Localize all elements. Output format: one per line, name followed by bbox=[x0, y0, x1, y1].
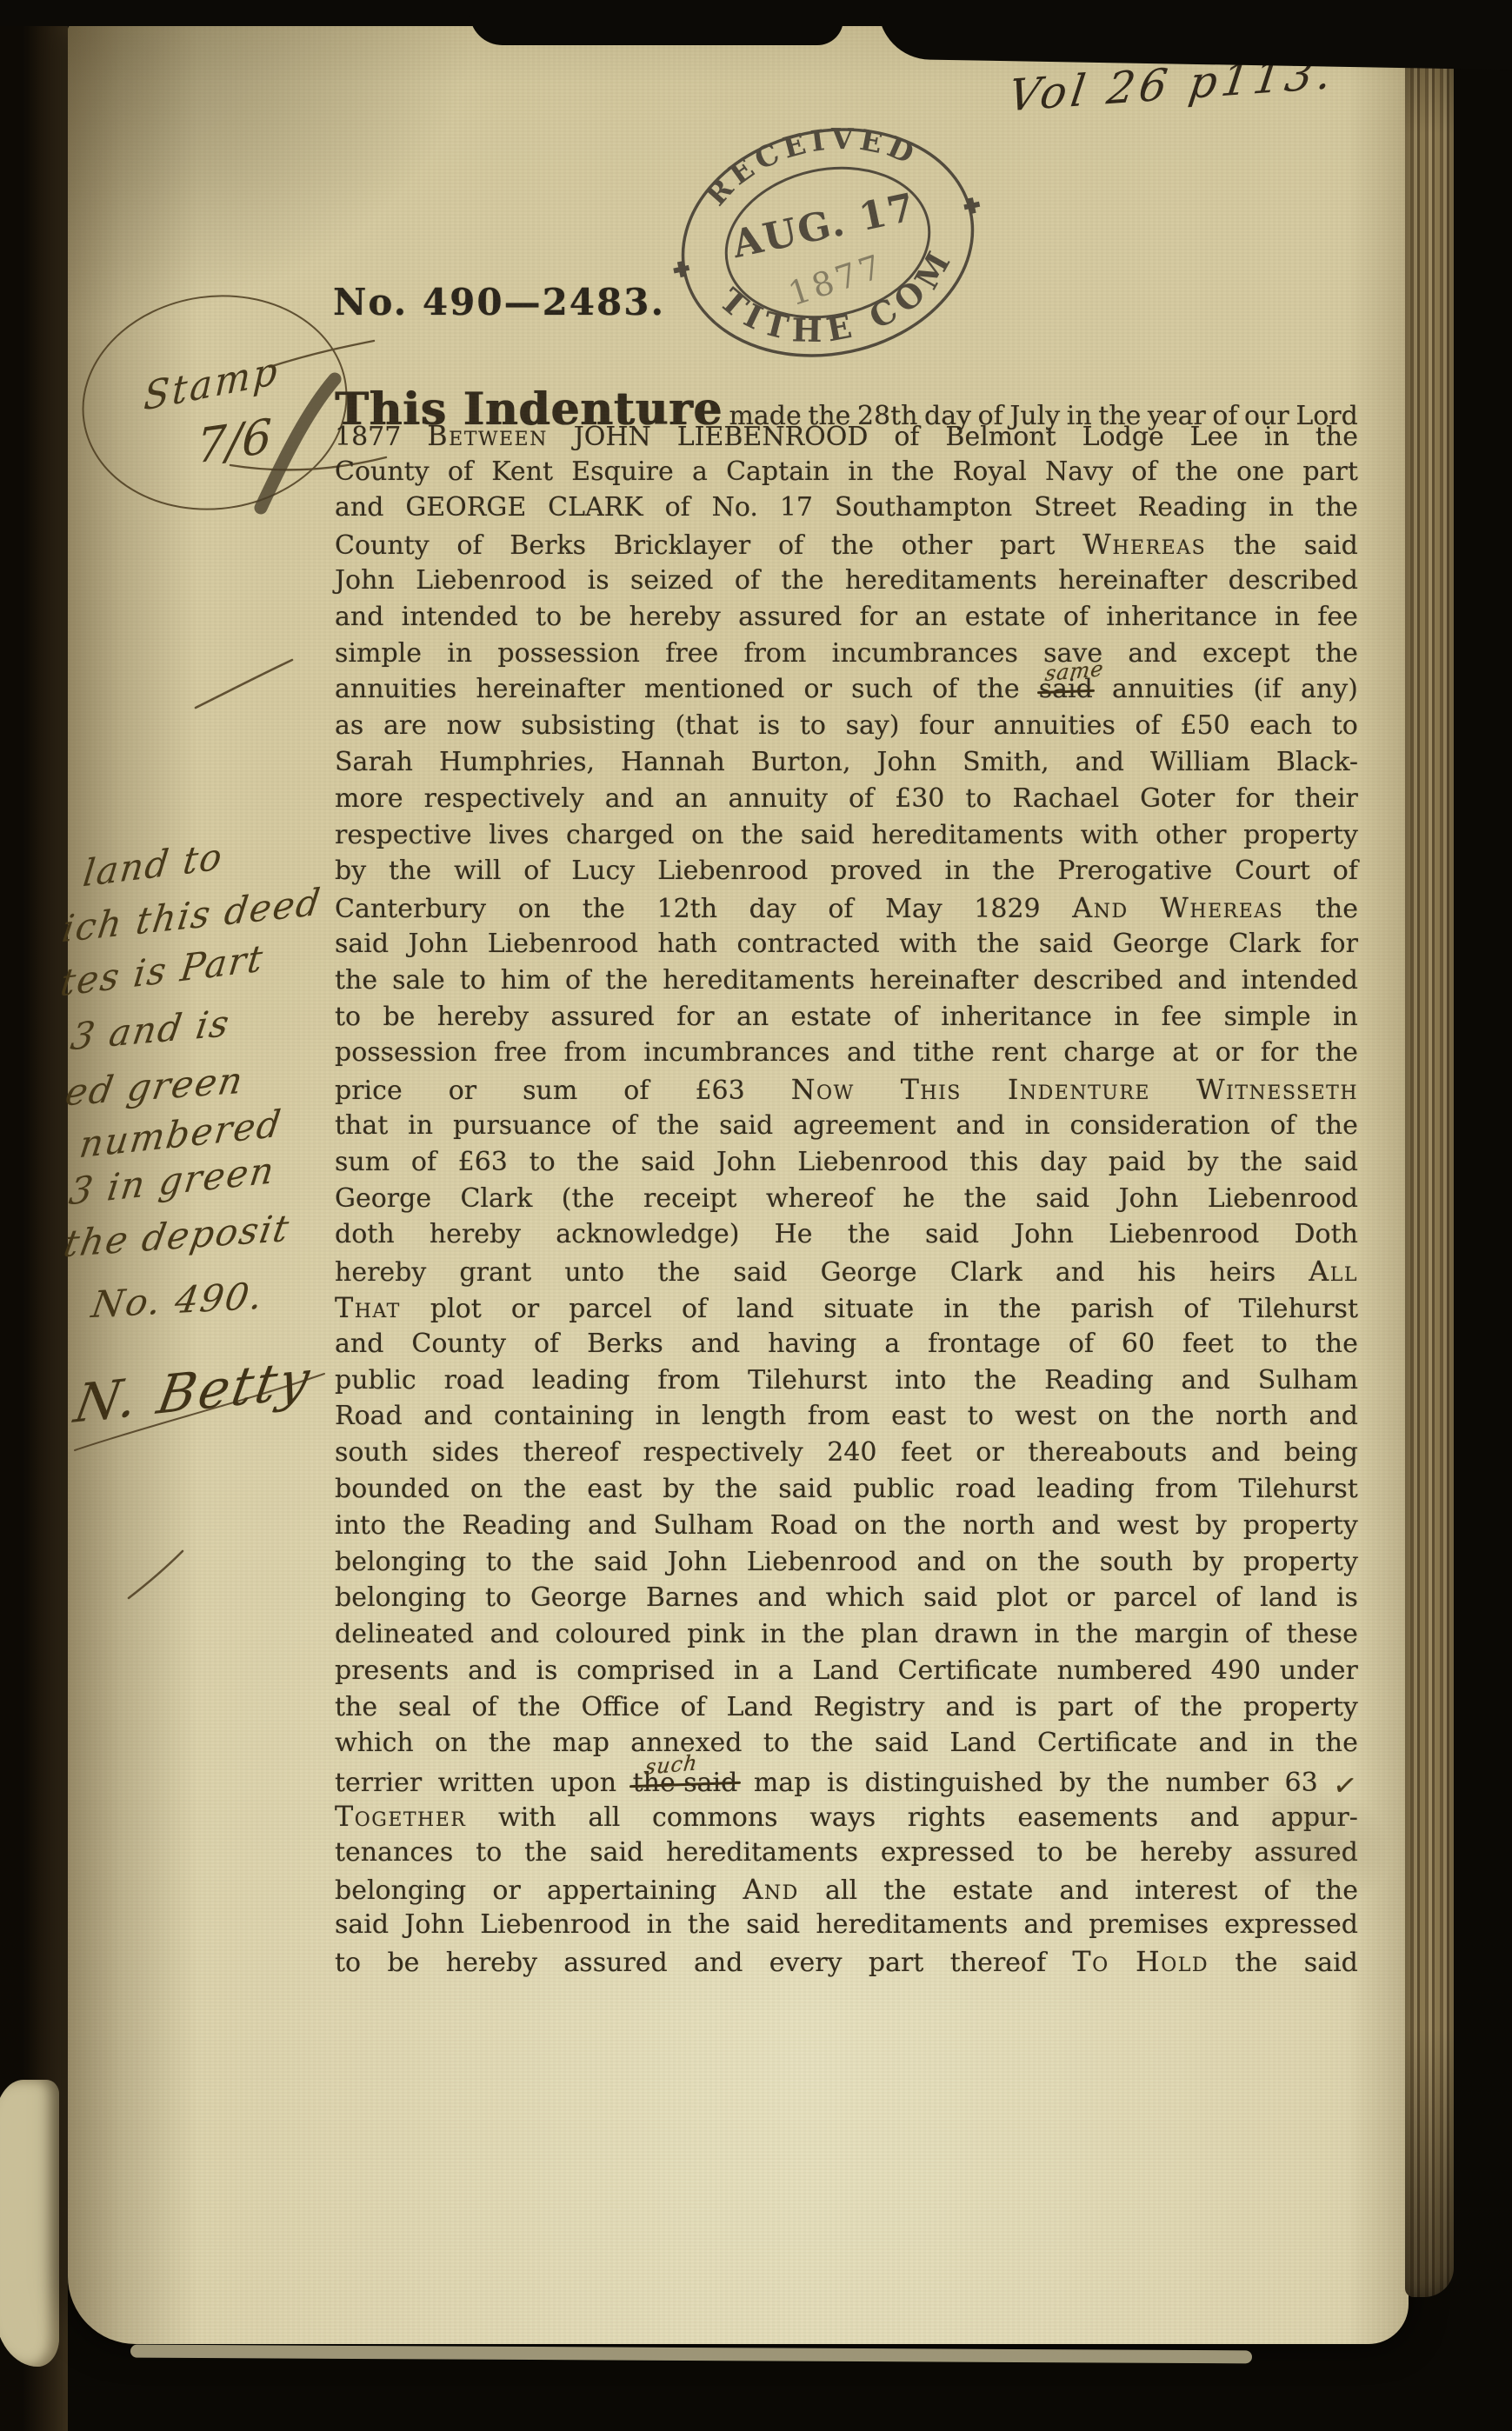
word: is bbox=[536, 1655, 557, 1686]
word: County bbox=[411, 1329, 506, 1359]
word: and bbox=[694, 1948, 743, 1978]
word: the bbox=[605, 965, 648, 996]
word: Road bbox=[770, 1510, 838, 1541]
word: plan bbox=[861, 1619, 918, 1649]
word: every bbox=[769, 1948, 843, 1978]
text-line: bythewillofLucyLiebenroodprovedinthePrer… bbox=[335, 856, 1358, 892]
text-line: CountyofBerksBricklayeroftheotherpartWhe… bbox=[335, 529, 1358, 565]
word: land bbox=[1260, 1582, 1317, 1613]
word: of bbox=[1063, 602, 1089, 632]
word: of bbox=[828, 894, 853, 924]
word: is bbox=[588, 565, 609, 596]
word: Between bbox=[427, 420, 548, 452]
stamp-annotation-amount: 7/6 bbox=[196, 408, 272, 474]
text-line: tobeherebyassuredandeverypartthereofToHo… bbox=[335, 1946, 1358, 1982]
word: said bbox=[733, 1257, 787, 1288]
word: the bbox=[688, 1909, 730, 1940]
word: interest bbox=[1135, 1875, 1237, 1906]
word: Street bbox=[1034, 492, 1116, 523]
word: hath bbox=[657, 929, 717, 959]
word: of bbox=[932, 674, 957, 704]
word: an bbox=[675, 783, 707, 814]
word: the bbox=[1234, 530, 1276, 561]
word: the bbox=[831, 530, 874, 561]
word: margin bbox=[1135, 1619, 1229, 1649]
word: the bbox=[1037, 1547, 1080, 1577]
word: 1829 bbox=[974, 894, 1040, 924]
word: the bbox=[976, 929, 1019, 959]
word: these bbox=[1287, 1619, 1358, 1649]
text-line: dothherebyacknowledge)HethesaidJohnLiebe… bbox=[335, 1219, 1358, 1255]
word: the bbox=[781, 565, 823, 596]
text-line: intotheReadingandSulhamRoadonthenorthand… bbox=[335, 1510, 1358, 1547]
word: George bbox=[821, 1257, 917, 1288]
word: from bbox=[564, 1037, 627, 1068]
word: of bbox=[623, 1076, 649, 1106]
word: with bbox=[1081, 820, 1139, 850]
word: or bbox=[492, 1875, 520, 1906]
word: assured bbox=[738, 602, 842, 632]
word: south bbox=[1100, 1547, 1173, 1577]
word: Sulham bbox=[1258, 1365, 1358, 1395]
word: 12th bbox=[657, 894, 718, 924]
word: Goter bbox=[1140, 783, 1215, 814]
text-line: thesaletohimofthehereditamentshereinafte… bbox=[335, 965, 1358, 1002]
word: Road bbox=[335, 1401, 403, 1431]
text-line: morerespectivelyandanannuityof£30toRacha… bbox=[335, 783, 1358, 820]
word: which bbox=[335, 1728, 414, 1758]
word: and bbox=[490, 1619, 539, 1649]
word: Registry bbox=[814, 1692, 925, 1722]
word: the bbox=[1316, 492, 1358, 523]
word: of bbox=[894, 422, 919, 452]
word: free bbox=[494, 1037, 547, 1068]
word: and bbox=[588, 1510, 636, 1541]
word: Reading bbox=[462, 1510, 571, 1541]
word: is bbox=[1336, 1582, 1358, 1613]
word: easements bbox=[1017, 1802, 1158, 1833]
word: rent bbox=[991, 1037, 1046, 1068]
word: part bbox=[869, 1948, 924, 1978]
word: hereditaments bbox=[845, 565, 1037, 596]
word: to bbox=[335, 1948, 361, 1978]
word: as bbox=[335, 710, 363, 741]
word: parcel bbox=[1114, 1582, 1197, 1613]
text-line: possessionfreefromincumbrancesandtithere… bbox=[335, 1037, 1358, 1074]
word: having bbox=[768, 1329, 856, 1359]
word: now bbox=[447, 710, 502, 741]
word: of bbox=[735, 565, 760, 596]
word: of bbox=[894, 1002, 919, 1032]
word: JOHN bbox=[574, 422, 651, 452]
word: respectively bbox=[643, 1437, 803, 1468]
word: hereinafter bbox=[869, 965, 1018, 996]
stamp-year: 1877 bbox=[783, 247, 889, 314]
word: all bbox=[825, 1875, 857, 1906]
word: To bbox=[1072, 1946, 1109, 1978]
word: the bbox=[992, 856, 1035, 886]
word: the bbox=[1107, 1768, 1149, 1798]
word: land bbox=[736, 1294, 794, 1324]
word: said bbox=[925, 1219, 979, 1249]
word: road bbox=[956, 1474, 1016, 1504]
svg-text:RECEIVED: RECEIVED bbox=[690, 102, 929, 216]
word: Liebenrood bbox=[488, 929, 638, 959]
text-line: Thatplotorparceloflandsituateintheparish… bbox=[335, 1292, 1358, 1329]
word: the bbox=[1151, 1401, 1194, 1431]
text-line: presentsandiscomprisedinaLandCertificate… bbox=[335, 1655, 1358, 1692]
word: Land bbox=[726, 1692, 792, 1722]
word: sides bbox=[432, 1437, 499, 1468]
word: and bbox=[1128, 638, 1176, 669]
word: with bbox=[498, 1802, 556, 1833]
text-line: asarenowsubsisting(thatistosay)fourannui… bbox=[335, 710, 1358, 747]
word: in bbox=[1269, 492, 1294, 523]
word: (the bbox=[562, 1183, 615, 1214]
word: £50 bbox=[1180, 710, 1229, 741]
stamp-text-top: RECEIVED bbox=[690, 102, 929, 216]
word: hereinafter bbox=[1058, 565, 1207, 596]
word: Lee bbox=[1190, 422, 1238, 452]
word: to bbox=[1262, 1329, 1288, 1359]
word: the bbox=[1076, 1619, 1118, 1649]
word: said bbox=[335, 1909, 389, 1940]
word: of bbox=[1333, 856, 1358, 886]
word: said bbox=[335, 929, 389, 959]
word: Court bbox=[1235, 856, 1310, 886]
word: LIEBENROOD bbox=[677, 422, 869, 452]
word: mentioned bbox=[644, 674, 785, 704]
word: Liebenrood bbox=[747, 1547, 897, 1577]
word: will bbox=[454, 856, 501, 886]
word: the bbox=[1316, 638, 1358, 669]
word: Certificate bbox=[898, 1655, 1038, 1686]
word: for bbox=[1261, 1037, 1299, 1068]
text-line: andGEORGECLARKofNo.17SouthamptonStreetRe… bbox=[335, 492, 1358, 529]
word: fee bbox=[1317, 602, 1358, 632]
word: said bbox=[719, 1110, 773, 1141]
word: is bbox=[758, 710, 780, 741]
word: to bbox=[968, 1401, 994, 1431]
word: leading bbox=[1036, 1474, 1135, 1504]
word: by bbox=[663, 1474, 694, 1504]
word: delineated bbox=[335, 1619, 474, 1649]
word: Liebenrood bbox=[1109, 1219, 1259, 1249]
word: said bbox=[1036, 1183, 1089, 1214]
word: the bbox=[335, 1692, 377, 1722]
word: into bbox=[335, 1510, 386, 1541]
word: And bbox=[743, 1874, 798, 1906]
word: charge bbox=[1063, 1037, 1155, 1068]
word: to bbox=[763, 1728, 789, 1758]
word: £30 bbox=[895, 783, 944, 814]
word: part bbox=[1058, 1692, 1114, 1722]
word: said bbox=[641, 1147, 695, 1177]
ink-blot bbox=[261, 379, 335, 508]
word: hereinafter bbox=[476, 674, 624, 704]
word: the bbox=[524, 1837, 567, 1868]
word: all bbox=[588, 1802, 620, 1833]
text-line: saidJohnLiebenroodinthesaidhereditaments… bbox=[335, 1909, 1358, 1946]
text-line: boundedontheeastbythesaidpublicroadleadi… bbox=[335, 1474, 1358, 1510]
background-top-middle bbox=[470, 0, 843, 45]
word: (if bbox=[1253, 674, 1281, 704]
text-line: publicroadleadingfromTilehurstintotheRea… bbox=[335, 1365, 1358, 1402]
word: in bbox=[1333, 1002, 1358, 1032]
margin-signature: N. Betty bbox=[70, 1349, 316, 1435]
word: of bbox=[611, 1110, 636, 1141]
word: a bbox=[778, 1655, 794, 1686]
word: into bbox=[895, 1365, 946, 1395]
word: Whereas bbox=[1082, 529, 1206, 561]
word: in bbox=[408, 1110, 433, 1141]
word: lives bbox=[489, 820, 549, 850]
word: for bbox=[1236, 783, 1274, 814]
word: to bbox=[460, 965, 486, 996]
word: plot bbox=[996, 1582, 1048, 1613]
word: part bbox=[1000, 530, 1056, 561]
word: the bbox=[1316, 1110, 1358, 1141]
word: of bbox=[1069, 1329, 1094, 1359]
word: the bbox=[1235, 1948, 1277, 1978]
word: unto bbox=[564, 1257, 624, 1288]
word: to bbox=[536, 602, 562, 632]
word: Certificate bbox=[1037, 1728, 1177, 1758]
word: Reading bbox=[1044, 1365, 1154, 1395]
word: Hold bbox=[1136, 1946, 1209, 1978]
word: annuities bbox=[335, 674, 456, 704]
word: John bbox=[335, 565, 395, 596]
word: Berks bbox=[510, 530, 586, 561]
margin-tick-1 bbox=[196, 660, 292, 708]
word: seized bbox=[630, 565, 714, 596]
word: part bbox=[1302, 456, 1358, 487]
word: in bbox=[1114, 1002, 1139, 1032]
word: on bbox=[985, 1547, 1017, 1577]
word: 240 bbox=[827, 1437, 876, 1468]
word: assured bbox=[563, 1948, 667, 1978]
word: and bbox=[1076, 747, 1124, 777]
word: hereby bbox=[1140, 1837, 1231, 1868]
word: west bbox=[1015, 1401, 1076, 1431]
word: the bbox=[891, 456, 934, 487]
word: such bbox=[851, 674, 913, 704]
word: be bbox=[579, 602, 611, 632]
word: the bbox=[715, 1474, 757, 1504]
word: acknowledge) bbox=[556, 1219, 739, 1249]
word: 1877 bbox=[335, 422, 401, 452]
word: doth bbox=[335, 1219, 395, 1249]
word: simple bbox=[1224, 1002, 1311, 1032]
stamp-inner-ring bbox=[712, 150, 943, 335]
word: of bbox=[1136, 710, 1161, 741]
word: charged bbox=[566, 820, 675, 850]
word: numbered bbox=[1057, 1655, 1192, 1686]
underlying-page-curl bbox=[0, 2080, 59, 2367]
word: each bbox=[1249, 710, 1312, 741]
word: hereditaments bbox=[816, 1909, 1008, 1940]
word: the bbox=[335, 965, 377, 996]
word: and bbox=[1060, 1875, 1109, 1906]
word: in bbox=[656, 1401, 681, 1431]
word: the bbox=[964, 1183, 1007, 1214]
word: for bbox=[1320, 929, 1358, 959]
text-line: thesealoftheOfficeofLandRegistryandispar… bbox=[335, 1692, 1358, 1728]
word: paid bbox=[1109, 1147, 1166, 1177]
word: east bbox=[587, 1474, 642, 1504]
word: and bbox=[335, 602, 383, 632]
word: sum bbox=[523, 1076, 577, 1106]
word: the bbox=[1180, 1692, 1222, 1722]
word: Land bbox=[812, 1655, 878, 1686]
word: in bbox=[943, 1294, 969, 1324]
word: the bbox=[523, 1474, 566, 1504]
word: of bbox=[448, 456, 473, 487]
word: Bricklayer bbox=[614, 530, 751, 561]
word: property bbox=[1243, 1547, 1358, 1577]
word: £63 bbox=[458, 1147, 508, 1177]
word: Southampton bbox=[835, 492, 1012, 523]
word: inheritance bbox=[1106, 602, 1257, 632]
doodle-tail-upper bbox=[270, 341, 374, 367]
word: Tilehurst bbox=[1239, 1294, 1358, 1324]
word: 17 bbox=[780, 492, 813, 523]
word: any) bbox=[1301, 674, 1358, 704]
word: Office bbox=[582, 1692, 660, 1722]
word: other bbox=[1156, 820, 1227, 850]
word: Land bbox=[949, 1728, 1016, 1758]
word: and bbox=[1024, 1909, 1073, 1940]
text-line: andintendedtobeherebyassuredforanestateo… bbox=[335, 602, 1358, 638]
word: in bbox=[761, 1619, 786, 1649]
text-line: priceorsumof£63NowThisIndentureWitnesset… bbox=[335, 1074, 1358, 1110]
word: in bbox=[1035, 1619, 1060, 1649]
word: of bbox=[1131, 456, 1156, 487]
word: receipt bbox=[643, 1183, 737, 1214]
word: the bbox=[741, 820, 783, 850]
word: of bbox=[1270, 1110, 1296, 1141]
word: to bbox=[800, 710, 826, 741]
word: respectively bbox=[424, 783, 584, 814]
document-page: No. 490—2483. Vol 26 p113. RECEIVED TITH… bbox=[68, 24, 1409, 2344]
word: the bbox=[1316, 422, 1358, 452]
margin-note: the deposit bbox=[61, 1207, 294, 1266]
word: hereby bbox=[430, 1219, 521, 1249]
word: the bbox=[802, 1619, 844, 1649]
word: described bbox=[1229, 565, 1358, 596]
underlying-page-edge bbox=[0, 0, 68, 2431]
word: by bbox=[335, 856, 366, 886]
word: sale bbox=[392, 965, 445, 996]
word: Indenture bbox=[1008, 1074, 1150, 1106]
stamp-cross-left-icon bbox=[672, 260, 690, 278]
word: (that bbox=[675, 710, 738, 741]
word: Liebenrood bbox=[1208, 1183, 1358, 1214]
word: And bbox=[1072, 892, 1128, 924]
word: Navy bbox=[1045, 456, 1113, 487]
word: Captain bbox=[726, 456, 829, 487]
word: are bbox=[383, 710, 427, 741]
word: the bbox=[403, 1510, 445, 1541]
word: the bbox=[1316, 894, 1358, 924]
word: in bbox=[848, 456, 873, 487]
text-line: sumof£63tothesaidJohnLiebenroodthisdaypa… bbox=[335, 1147, 1358, 1183]
word: John bbox=[1014, 1219, 1074, 1249]
word: Smith, bbox=[962, 747, 1049, 777]
word: be bbox=[383, 1002, 415, 1032]
word: north bbox=[1216, 1401, 1288, 1431]
word: or bbox=[1067, 1582, 1095, 1613]
text-line: 1877BetweenJOHNLIEBENROODofBelmontLodgeL… bbox=[335, 420, 1358, 456]
word: GEORGE bbox=[405, 492, 526, 523]
margin-note: ed green bbox=[63, 1058, 248, 1114]
word: Liebenrood bbox=[657, 856, 808, 886]
word: distinguished bbox=[865, 1768, 1043, 1798]
doc-number: No. 490—2483. bbox=[333, 281, 665, 323]
text-line: Roadandcontaininginlengthfromeasttowesto… bbox=[335, 1401, 1358, 1437]
word: which bbox=[826, 1582, 905, 1613]
text-line: tobeherebyassuredforanestateofinheritanc… bbox=[335, 1002, 1358, 1038]
word: sum bbox=[335, 1147, 390, 1177]
word: number bbox=[1166, 1768, 1269, 1798]
word: the bbox=[1316, 1329, 1358, 1359]
word: thereof bbox=[950, 1948, 1046, 1978]
word: Sulham bbox=[653, 1510, 753, 1541]
word: an bbox=[736, 1002, 769, 1032]
word: Rachael bbox=[1013, 783, 1120, 814]
word: Reading bbox=[1138, 492, 1248, 523]
word: written bbox=[438, 1768, 535, 1798]
word: and bbox=[1177, 965, 1226, 996]
word: pursuance bbox=[453, 1110, 591, 1141]
word: or bbox=[511, 1294, 539, 1324]
word: George bbox=[530, 1582, 627, 1613]
word: by bbox=[1187, 1147, 1218, 1177]
text-line: SarahHumphries,HannahBurton,JohnSmith,an… bbox=[335, 747, 1358, 783]
word: drawn bbox=[935, 1619, 1018, 1649]
word: whereof bbox=[766, 1183, 874, 1214]
received-stamp: RECEIVED TITHE COM AUG. 17 1877 bbox=[645, 99, 1010, 386]
word: Together bbox=[335, 1801, 466, 1833]
word: the bbox=[656, 1110, 699, 1141]
word: being bbox=[1284, 1437, 1358, 1468]
word: on bbox=[691, 820, 723, 850]
word: of bbox=[523, 856, 549, 886]
word: to bbox=[530, 1147, 556, 1177]
word: 490 bbox=[1211, 1655, 1261, 1686]
word: leading bbox=[532, 1365, 630, 1395]
word: by bbox=[1196, 1510, 1227, 1541]
word: day bbox=[1040, 1147, 1087, 1177]
word: Witnesseth bbox=[1196, 1074, 1358, 1106]
word: him bbox=[501, 965, 550, 996]
word: property bbox=[1243, 820, 1358, 850]
word: the bbox=[1316, 1037, 1358, 1068]
word: in bbox=[1264, 422, 1289, 452]
word: Prerogative bbox=[1057, 856, 1212, 886]
word: say) bbox=[846, 710, 900, 741]
word: parcel bbox=[569, 1294, 652, 1324]
word: thereabouts bbox=[1028, 1437, 1187, 1468]
word: the bbox=[976, 674, 1019, 704]
word: situate bbox=[823, 1294, 914, 1324]
word: Burton, bbox=[751, 747, 851, 777]
word: proved bbox=[830, 856, 923, 886]
word: hereby bbox=[446, 1948, 537, 1978]
word: of bbox=[1216, 1582, 1241, 1613]
word: south bbox=[335, 1437, 408, 1468]
word: in bbox=[1275, 602, 1300, 632]
